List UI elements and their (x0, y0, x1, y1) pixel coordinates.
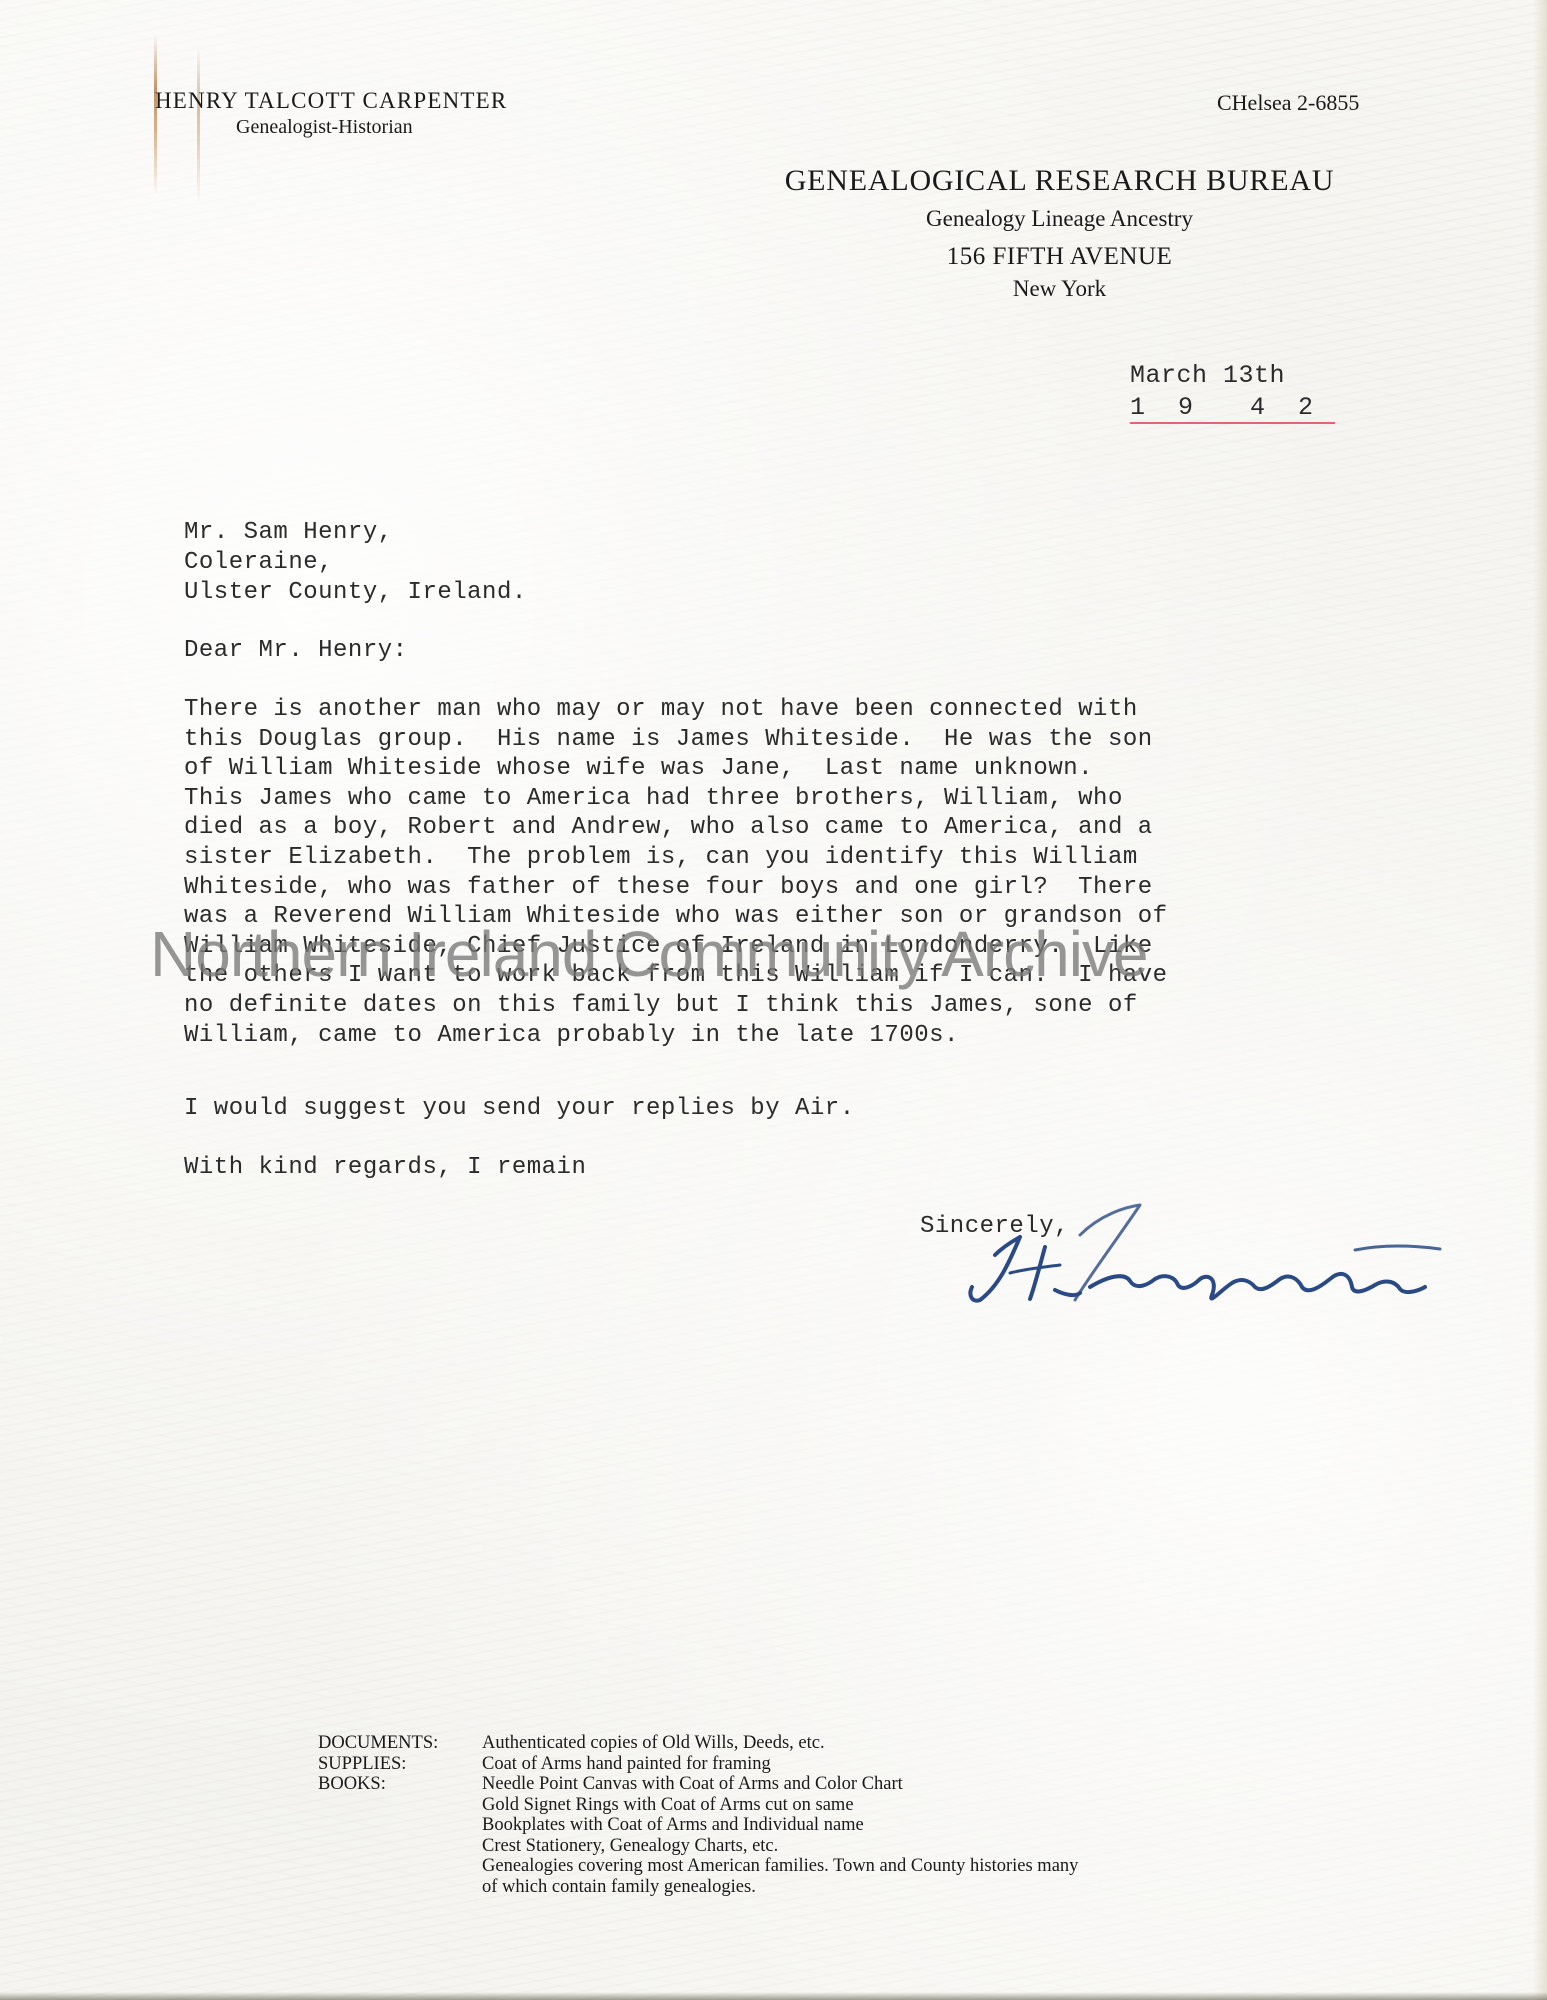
letterhead-phone: CHelsea 2-6855 (1217, 90, 1359, 116)
service-text: Coat of Arms hand painted for framing (482, 1754, 771, 1775)
service-row: SUPPLIES: Coat of Arms hand painted for … (318, 1754, 1078, 1775)
body-line: Whiteside, who was father of these four … (184, 873, 1424, 903)
service-label: SUPPLIES: (318, 1754, 482, 1775)
recipient-address: Mr. Sam Henry, Coleraine, Ulster County,… (184, 518, 527, 608)
address-line: Ulster County, Ireland. (184, 578, 527, 608)
service-label (318, 1795, 482, 1816)
handwritten-signature (950, 1195, 1480, 1315)
service-text: Gold Signet Rings with Coat of Arms cut … (482, 1795, 854, 1816)
salutation: Dear Mr. Henry: (184, 637, 408, 664)
service-label (318, 1856, 482, 1877)
body-line: died as a boy, Robert and Andrew, who al… (184, 813, 1424, 843)
service-row: Genealogies covering most American famil… (318, 1856, 1078, 1877)
service-text: of which contain family genealogies. (482, 1877, 756, 1898)
body-paragraph: There is another man who may or may not … (184, 695, 1424, 1050)
service-label (318, 1877, 482, 1898)
paper-edge (0, 1992, 1547, 2000)
service-label: DOCUMENTS: (318, 1733, 482, 1754)
date-month-day: March 13th (1130, 360, 1322, 392)
service-row: Bookplates with Coat of Arms and Individ… (318, 1815, 1078, 1836)
body-line: sister Elizabeth. The problem is, can yo… (184, 843, 1424, 873)
letter-date: March 13th 1 9 4 2 (1130, 360, 1322, 424)
service-row: Gold Signet Rings with Coat of Arms cut … (318, 1795, 1078, 1816)
body-line: of William Whiteside whose wife was Jane… (184, 754, 1424, 784)
service-row: DOCUMENTS: Authenticated copies of Old W… (318, 1733, 1078, 1754)
body-line: the others I want to work back from this… (184, 961, 1424, 991)
letterhead-tagline: Genealogy Lineage Ancestry (286, 206, 1547, 232)
service-text: Crest Stationery, Genealogy Charts, etc. (482, 1836, 778, 1857)
letterhead-city: New York (286, 276, 1547, 302)
service-label: BOOKS: (318, 1774, 482, 1795)
services-list: DOCUMENTS: Authenticated copies of Old W… (318, 1733, 1078, 1897)
body-line: no definite dates on this family but I t… (184, 991, 1424, 1021)
service-text: Genealogies covering most American famil… (482, 1856, 1078, 1877)
rust-staple-mark (154, 35, 157, 195)
service-text: Needle Point Canvas with Coat of Arms an… (482, 1774, 903, 1795)
letterhead-title: Genealogist-Historian (236, 116, 413, 139)
date-underline (1130, 422, 1335, 424)
address-line: Mr. Sam Henry, (184, 518, 527, 548)
service-label (318, 1815, 482, 1836)
service-text: Bookplates with Coat of Arms and Individ… (482, 1815, 864, 1836)
closing-line: With kind regards, I remain (184, 1154, 586, 1181)
body-line: this Douglas group. His name is James Wh… (184, 725, 1424, 755)
service-row: of which contain family genealogies. (318, 1877, 1078, 1898)
body-line: William Whiteside, Chief Justice of Irel… (184, 932, 1424, 962)
letterhead-bureau: GENEALOGICAL RESEARCH BUREAU (286, 164, 1547, 198)
service-label (318, 1836, 482, 1857)
service-row: Crest Stationery, Genealogy Charts, etc. (318, 1836, 1078, 1857)
body-line: This James who came to America had three… (184, 784, 1424, 814)
body-line: was a Reverend William Whiteside who was… (184, 902, 1424, 932)
body-line: William, came to America probably in the… (184, 1021, 1424, 1051)
letterhead-street: 156 FIFTH AVENUE (286, 243, 1547, 271)
body-paragraph-2: I would suggest you send your replies by… (184, 1095, 855, 1122)
service-text: Authenticated copies of Old Wills, Deeds… (482, 1733, 825, 1754)
address-line: Coleraine, (184, 548, 527, 578)
letterhead-name: HENRY TALCOTT CARPENTER (155, 88, 507, 114)
body-line: There is another man who may or may not … (184, 695, 1424, 725)
rust-staple-mark (197, 48, 200, 203)
date-year: 1 9 4 2 (1130, 392, 1322, 424)
service-row: BOOKS: Needle Point Canvas with Coat of … (318, 1774, 1078, 1795)
